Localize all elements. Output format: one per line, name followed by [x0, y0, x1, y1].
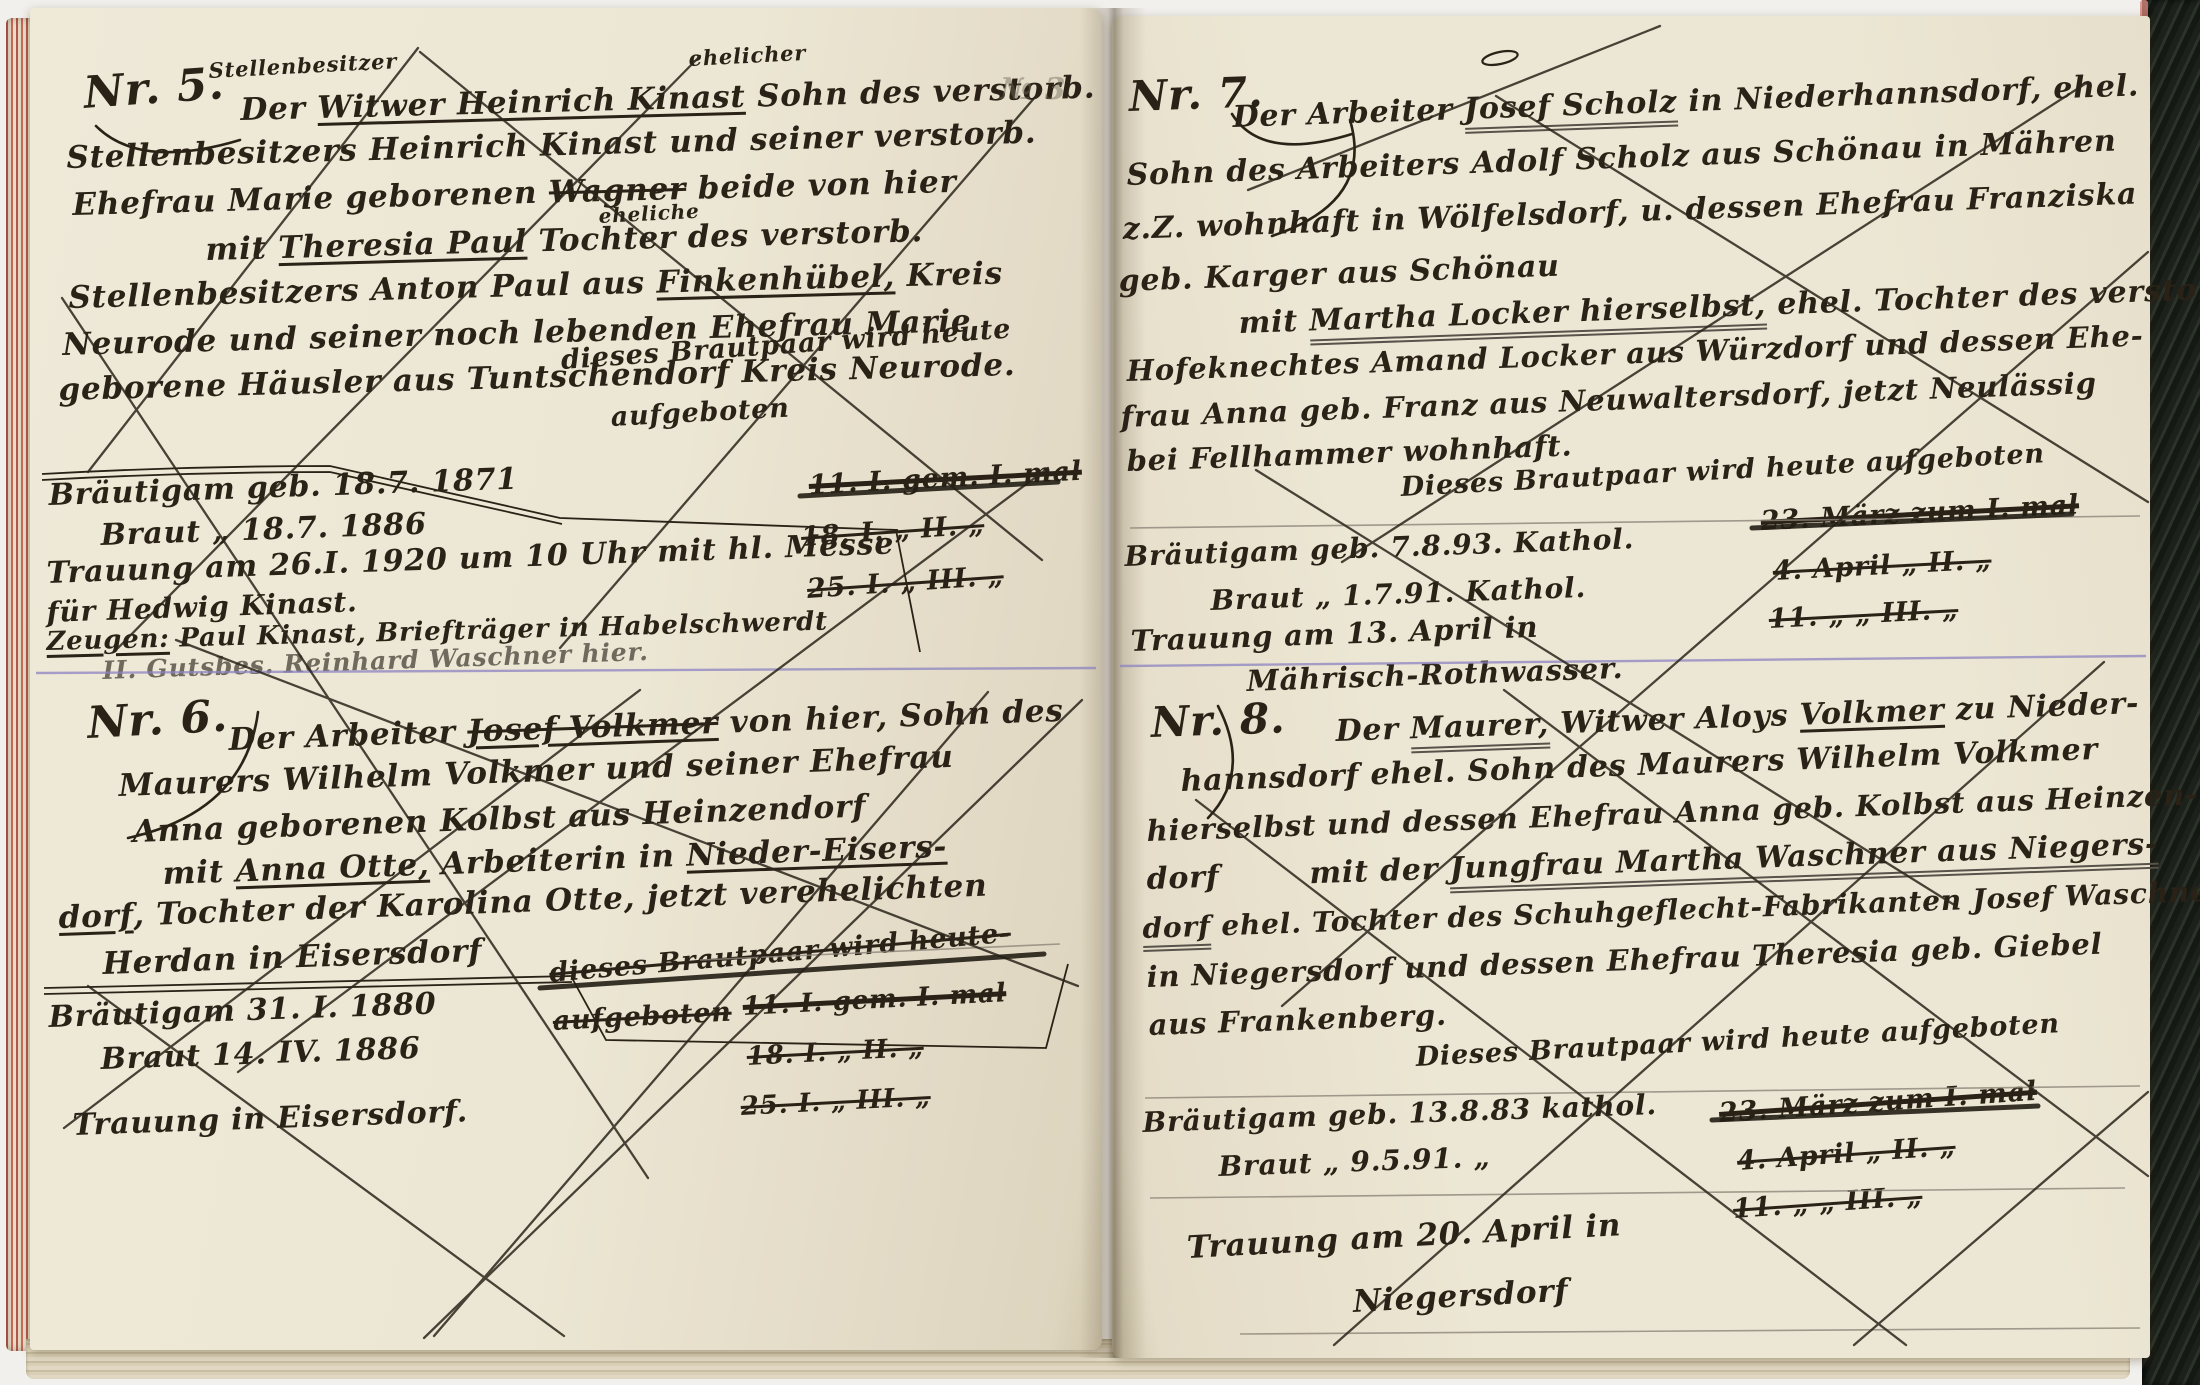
- entry5-line1-text: Der: [240, 90, 318, 128]
- entry8-groom-name: Volkmer: [1799, 693, 1945, 733]
- entry8-line5-dorf: dorf: [1142, 910, 1212, 952]
- entry5-line4-text: mit: [205, 230, 279, 268]
- bleed-through-mark: № 3: [1000, 72, 1066, 107]
- entry8-line4-dorf: dorf: [1146, 859, 1220, 897]
- entry6-number: Nr. 6.: [86, 691, 229, 749]
- entry8-number: Nr. 8.: [1150, 693, 1286, 747]
- entry7-line5-text: mit: [1238, 304, 1310, 341]
- entry8-line1-tail: zu Nieder-: [1944, 686, 2140, 728]
- entry8-groom-occupation: Maurer,: [1410, 707, 1550, 754]
- entry6-line4-text: mit: [162, 853, 236, 892]
- registry-book-photo: Nr. 5. Stellenbesitzer ehelicher Der Wit…: [0, 0, 2200, 1385]
- entry5-number: Nr. 5.: [82, 58, 226, 119]
- entry5-line3-tail: beide von hier: [686, 164, 957, 207]
- entry6-bride-name: Anna Otte,: [235, 847, 430, 890]
- book-cover-right: [2142, 0, 2200, 1385]
- entry5-line5-tail: Kreis: [895, 256, 1004, 295]
- entry7-groom-name: Josef Scholz: [1463, 84, 1678, 133]
- entry8-line1-text: Der: [1335, 711, 1411, 749]
- entry8-line4-mid: mit der: [1309, 851, 1450, 891]
- entry5-witnesses-label: Zeugen:: [46, 624, 170, 657]
- entry6-line5-dorf: dorf: [58, 897, 134, 936]
- entry5-place-finkenhuebel: Finkenhübel,: [656, 258, 896, 300]
- entry5-bride-name: Theresia Paul: [278, 224, 528, 267]
